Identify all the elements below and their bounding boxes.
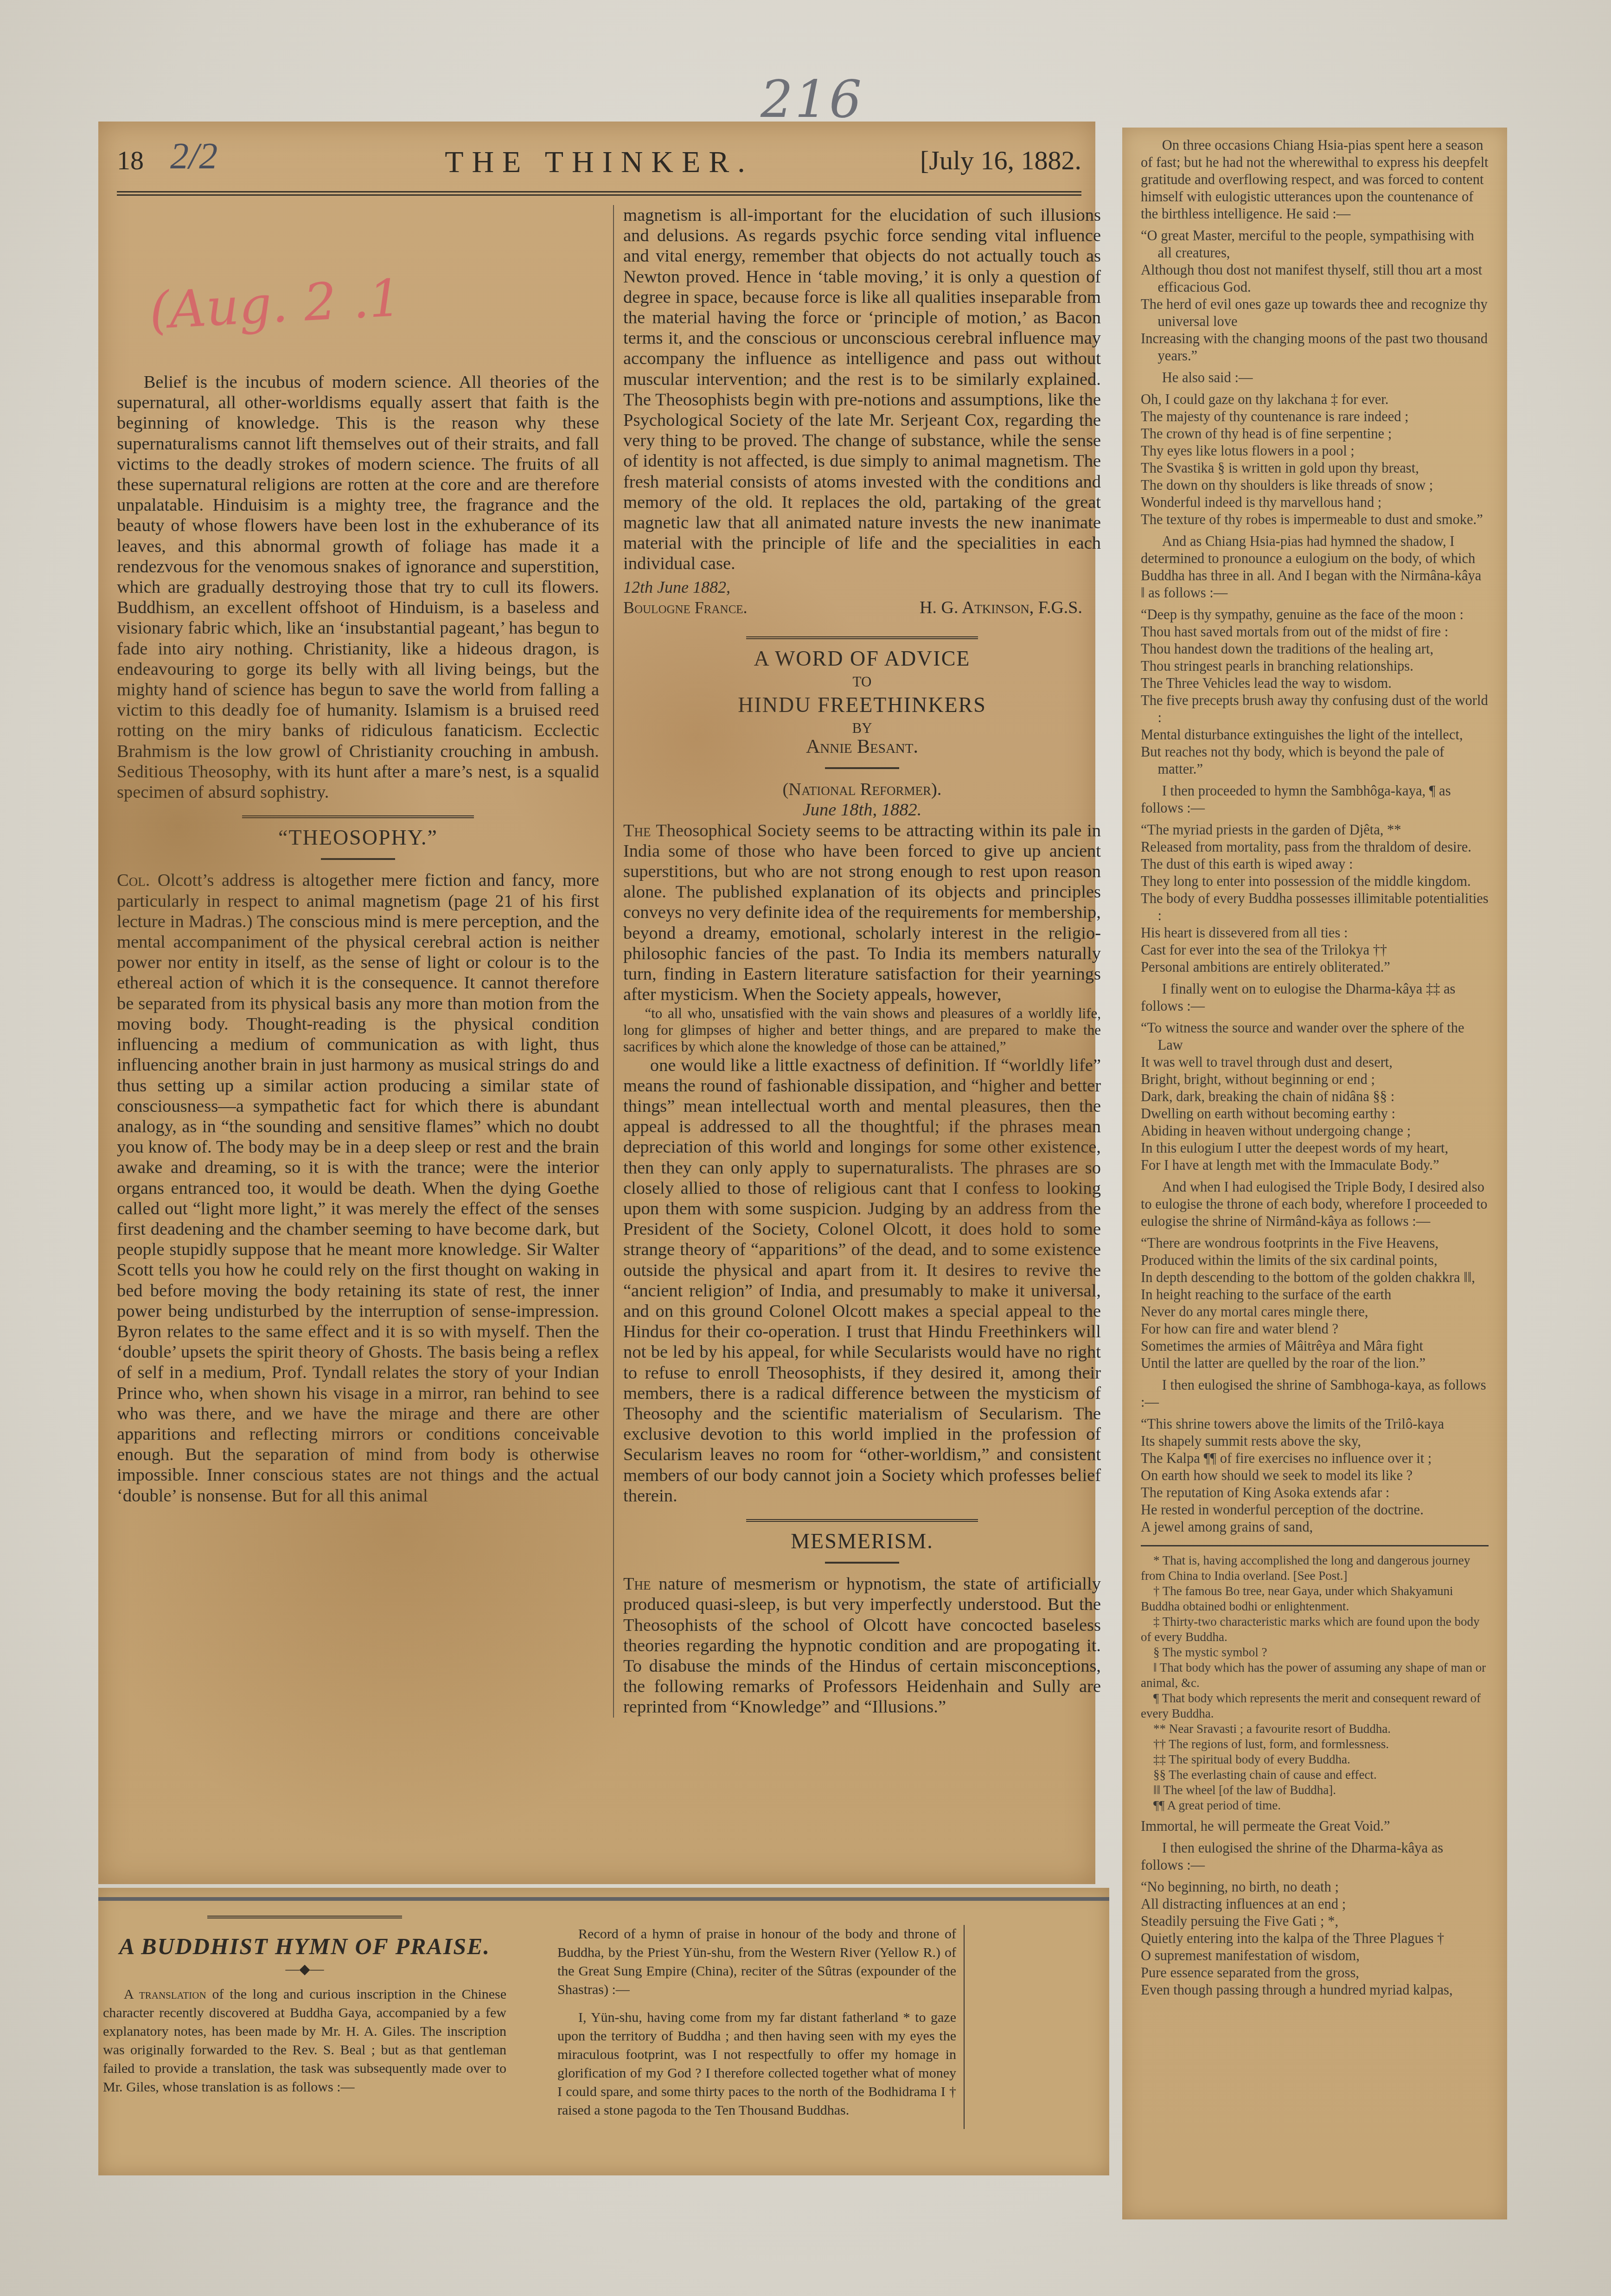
verse-line: In height reaching to the surface of the…	[1141, 1286, 1489, 1303]
footnote-rule	[1141, 1545, 1489, 1546]
verse-line: ‖ That body which has the power of assum…	[1141, 1660, 1489, 1691]
verse-line: Dwelling on earth without becoming earth…	[1141, 1105, 1489, 1122]
belief-paragraph: Belief is the incubus of modern science.…	[117, 372, 599, 802]
hymn-paragraph: And when I had eulogised the Triple Body…	[1141, 1179, 1489, 1230]
mesmerism-heading: MESMERISM.	[623, 1531, 1101, 1552]
verse-line: Dark, dark, breaking the chain of nidâna…	[1141, 1088, 1489, 1105]
verse-line: “Deep is thy sympathy, genuine as the fa…	[1141, 606, 1489, 623]
verse-line: Even though passing through a hundred my…	[1141, 1982, 1489, 1999]
verse-line: “To witness the source and wander over t…	[1141, 1020, 1489, 1054]
hymn-intro-clipping: A BUDDHIST HYMN OF PRAISE. —◆— A transla…	[103, 1916, 506, 2097]
verse-line: Quietly entering into the kalpa of the T…	[1141, 1930, 1489, 1947]
advice-quote: “to all who, unsatisfied with the vain s…	[623, 1005, 1101, 1055]
verse-line: Steadily persuing the Five Gati ; *,	[1141, 1913, 1489, 1930]
signature-place: Boulogne France.	[623, 597, 748, 618]
verse-line: “No beginning, no birth, no death ;	[1141, 1879, 1489, 1896]
verse-line: †† The regions of lust, form, and formle…	[1141, 1737, 1489, 1752]
verse-line: For I have at length met with the Immacu…	[1141, 1157, 1489, 1174]
verse-line: Never do any mortal cares mingle there,	[1141, 1303, 1489, 1321]
verse-line: In depth descending to the bottom of the…	[1141, 1269, 1489, 1286]
verse-line: * That is, having accomplished the long …	[1141, 1553, 1489, 1584]
hymn-yunshu: I, Yün-shu, having come from my far dist…	[557, 2008, 956, 2120]
verse-line: O supremest manifestation of wisdom,	[1141, 1947, 1489, 1964]
verse-line: ‡‡ The spiritual body of every Buddha.	[1141, 1752, 1489, 1767]
verse-line: Although thou dost not manifest thyself,…	[1141, 262, 1489, 296]
hymn-also-said: He also said :—	[1141, 369, 1489, 386]
signature-block: 12th June 1882, Boulogne France. H. G. A…	[623, 577, 1101, 623]
mesmerism-body: The nature of mesmerism or hypnotism, th…	[623, 1574, 1101, 1717]
heading-rule	[825, 767, 899, 769]
verse-line: The Three Vehicles lead the way to wisdo…	[1141, 675, 1489, 692]
signature-date: 12th June 1882,	[623, 577, 748, 597]
verse-line: The crown of thy head is of fine serpent…	[1141, 425, 1489, 443]
verse-line: Thy eyes like lotus flowers in a pool ;	[1141, 443, 1489, 460]
verse-line: All distracting influences at an end ;	[1141, 1896, 1489, 1913]
issue-date: [July 16, 1882.	[920, 145, 1081, 176]
pencil-page-number: 216	[761, 70, 863, 129]
verse-line: In this eulogium I utter the deepest wor…	[1141, 1140, 1489, 1157]
verse-line: A jewel among grains of sand,	[1141, 1519, 1489, 1536]
column-middle: magnetism is all-important for the eluci…	[613, 205, 1101, 1718]
theosophy-heading: “THEOSOPHY.”	[117, 827, 599, 848]
heading-rule	[321, 858, 395, 860]
verse-line: Personal ambitions are entirely oblitera…	[1141, 959, 1489, 976]
advice-date: June 18th, 1882.	[623, 800, 1101, 820]
newspaper-clipping-main: 18 2/2 THE THINKER. [July 16, 1882. (Aug…	[98, 122, 1095, 1884]
verse-line: Released from mortality, pass from the t…	[1141, 839, 1489, 856]
verse-line: “There are wondrous footprints in the Fi…	[1141, 1235, 1489, 1252]
hymn-intro-text: of the long and curious inscription in t…	[103, 1987, 506, 2095]
heading-rule	[825, 1562, 899, 1564]
advice-source: (National Reformer).	[623, 779, 1101, 800]
mesmerism-text: nature of mesmerism or hypnotism, the st…	[623, 1574, 1101, 1717]
theosophy-lead: Col.	[117, 871, 150, 890]
section-divider	[746, 636, 978, 639]
verse-line: Until the latter are quelled by the roar…	[1141, 1355, 1489, 1372]
verse: Immortal, he will permeate the Great Voi…	[1141, 1818, 1489, 1835]
verse-line: The dust of this earth is wiped away :	[1141, 856, 1489, 873]
advice-body-2: one would like a little exactness of def…	[623, 1055, 1101, 1506]
verse-line: Thou handest down the traditions of the …	[1141, 641, 1489, 658]
verse: Oh, I could gaze on thy lakchana ‡ for e…	[1141, 391, 1489, 528]
advice-by: BY	[623, 720, 1101, 737]
ornament-divider: —◆—	[103, 1960, 506, 1979]
verse-line: The five precepts brush away thy confusi…	[1141, 692, 1489, 726]
signature-date-place: 12th June 1882, Boulogne France.	[623, 577, 748, 618]
advice-title-to: TO	[623, 673, 1101, 690]
verse-line: Pure essence separated from the gross,	[1141, 1964, 1489, 1982]
verse-line: Bright, bright, without beginning or end…	[1141, 1071, 1489, 1088]
verse-line: Its shapely summit rests above the sky,	[1141, 1433, 1489, 1450]
theosophy-body: Col. Olcott’s address is altogether mere…	[117, 870, 599, 1506]
verse-line: “O great Master, merciful to the people,…	[1141, 227, 1489, 262]
hymn-title: A BUDDHIST HYMN OF PRAISE.	[103, 1937, 506, 1956]
verse-line: §§ The everlasting chain of cause and ef…	[1141, 1767, 1489, 1783]
verse-line: “This shrine towers above the limits of …	[1141, 1416, 1489, 1433]
advice-lead: The	[623, 821, 651, 840]
theosophy-text: Olcott’s address is altogether mere fict…	[117, 871, 599, 1505]
verse: “The myriad priests in the garden of Djê…	[1141, 821, 1489, 976]
verse-line: ¶¶ A great period of time.	[1141, 1798, 1489, 1813]
verse-line: The majesty of thy countenance is rare i…	[1141, 408, 1489, 425]
hymn-paragraph: And as Chiang Hsia-pias had hymned the s…	[1141, 533, 1489, 602]
verse-line: On earth how should we seek to model its…	[1141, 1467, 1489, 1484]
hymn-intro-body: A translation of the long and curious in…	[103, 1985, 506, 2097]
verse-line: Sometimes the armies of Mâitrêya and Mâr…	[1141, 1338, 1489, 1355]
mesmerism-lead: The	[623, 1574, 651, 1594]
hymn-paragraph: I then proceeded to hymn the Sambhôga-ka…	[1141, 782, 1489, 817]
verse-line: The texture of thy robes is impermeable …	[1141, 511, 1489, 528]
hymn-record-clipping: Record of a hymn of praise in honour of …	[557, 1925, 965, 2129]
verse: “Deep is thy sympathy, genuine as the fa…	[1141, 606, 1489, 778]
verse-line: ‖‖ The wheel [of the law of Buddha].	[1141, 1783, 1489, 1798]
verse-line: Mental disturbance extinguishes the ligh…	[1141, 726, 1489, 744]
verse-line: Immortal, he will permeate the Great Voi…	[1141, 1818, 1489, 1835]
verse-line: Cast for ever into the sea of the Trilok…	[1141, 942, 1489, 959]
hymn-paragraph: I then eulogised the shrine of the Dharm…	[1141, 1840, 1489, 1874]
theosophy-continued: magnetism is all-important for the eluci…	[623, 205, 1101, 574]
hymn-paragraph: I finally went on to eulogise the Dharma…	[1141, 981, 1489, 1015]
verse-line: It was well to travel through dust and d…	[1141, 1054, 1489, 1071]
advice-author: Annie Besant.	[623, 737, 1101, 757]
verse-line: ¶ That body which represents the merit a…	[1141, 1691, 1489, 1721]
advice-title-1: A WORD OF ADVICE	[623, 648, 1101, 669]
hymn-intro: On three occasions Chiang Hsia-pias spen…	[1141, 137, 1489, 223]
section-divider	[746, 1519, 978, 1522]
footnotes: * That is, having accomplished the long …	[1141, 1553, 1489, 1813]
verse-line: Oh, I could gaze on thy lakchana ‡ for e…	[1141, 391, 1489, 408]
verse-line: “The myriad priests in the garden of Djê…	[1141, 821, 1489, 839]
newspaper-clipping-hymn-continued: On three occasions Chiang Hsia-pias spen…	[1122, 128, 1507, 2219]
verse: “O great Master, merciful to the people,…	[1141, 227, 1489, 365]
verse-line: ** Near Sravasti ; a favourite resort of…	[1141, 1721, 1489, 1737]
hymn-paragraph: I then eulogised the shrine of Sambhoga-…	[1141, 1377, 1489, 1411]
verse: “There are wondrous footprints in the Fi…	[1141, 1235, 1489, 1372]
verse: “This shrine towers above the limits of …	[1141, 1416, 1489, 1536]
verse-line: ‡ Thirty-two characteristic marks which …	[1141, 1614, 1489, 1645]
verse-line: † The famous Bo tree, near Gaya, under w…	[1141, 1584, 1489, 1614]
verse-line: The body of every Buddha possesses illim…	[1141, 890, 1489, 924]
verse-line: Thou stringest pearls in branching relat…	[1141, 658, 1489, 675]
verse-line: The herd of evil ones gaze up towards th…	[1141, 296, 1489, 330]
red-pencil-annotation: (Aug. 2 .1	[148, 268, 403, 340]
newspaper-clipping-bottom: A BUDDHIST HYMN OF PRAISE. —◆— A transla…	[98, 1888, 1109, 2175]
strip-rule	[98, 1897, 1109, 1901]
hymn-intro-lead: A translation	[124, 1987, 206, 2002]
masthead: 18 2/2 THE THINKER. [July 16, 1882.	[117, 131, 1081, 196]
verse-line: For how can fire and water blend ?	[1141, 1321, 1489, 1338]
verse-line: The Kalpa ¶¶ of fire exercises no influe…	[1141, 1450, 1489, 1467]
verse: “To witness the source and wander over t…	[1141, 1020, 1489, 1174]
advice-body-1: The Theosophical Society seems to be att…	[623, 821, 1101, 1005]
verse-line: The reputation of King Asoka extends afa…	[1141, 1484, 1489, 1501]
verse-line: Wonderful indeed is thy marvellous hand …	[1141, 494, 1489, 511]
verse-line: Increasing with the changing moons of th…	[1141, 330, 1489, 365]
hymn-record: Record of a hymn of praise in honour of …	[557, 1925, 956, 1999]
advice-text-1: Theosophical Society seems to be attract…	[623, 821, 1101, 1005]
verse-line: § The mystic symbol ?	[1141, 1645, 1489, 1660]
verse-line: The Svastika § is written in gold upon t…	[1141, 460, 1489, 477]
verse-line: They long to enter into possession of th…	[1141, 873, 1489, 890]
verse-line: Produced within the limits of the six ca…	[1141, 1252, 1489, 1269]
verse-line: The down on thy shoulders is like thread…	[1141, 477, 1489, 494]
verse-line: His heart is dissevered from all ties :	[1141, 924, 1489, 942]
advice-title-2: HINDU FREETHINKERS	[623, 695, 1101, 715]
section-divider	[207, 1916, 402, 1918]
signature-author: H. G. Atkinson, F.G.S.	[920, 597, 1082, 618]
section-divider	[242, 815, 474, 818]
verse-line: Thou hast saved mortals from out of the …	[1141, 623, 1489, 641]
verse-line: Abiding in heaven without undergoing cha…	[1141, 1122, 1489, 1140]
verse-line: He rested in wonderful perception of the…	[1141, 1501, 1489, 1519]
verse-line: But reaches not thy body, which is beyon…	[1141, 744, 1489, 778]
verse: “No beginning, no birth, no death ;All d…	[1141, 1879, 1489, 1999]
column-left: Belief is the incubus of modern science.…	[117, 372, 599, 1506]
